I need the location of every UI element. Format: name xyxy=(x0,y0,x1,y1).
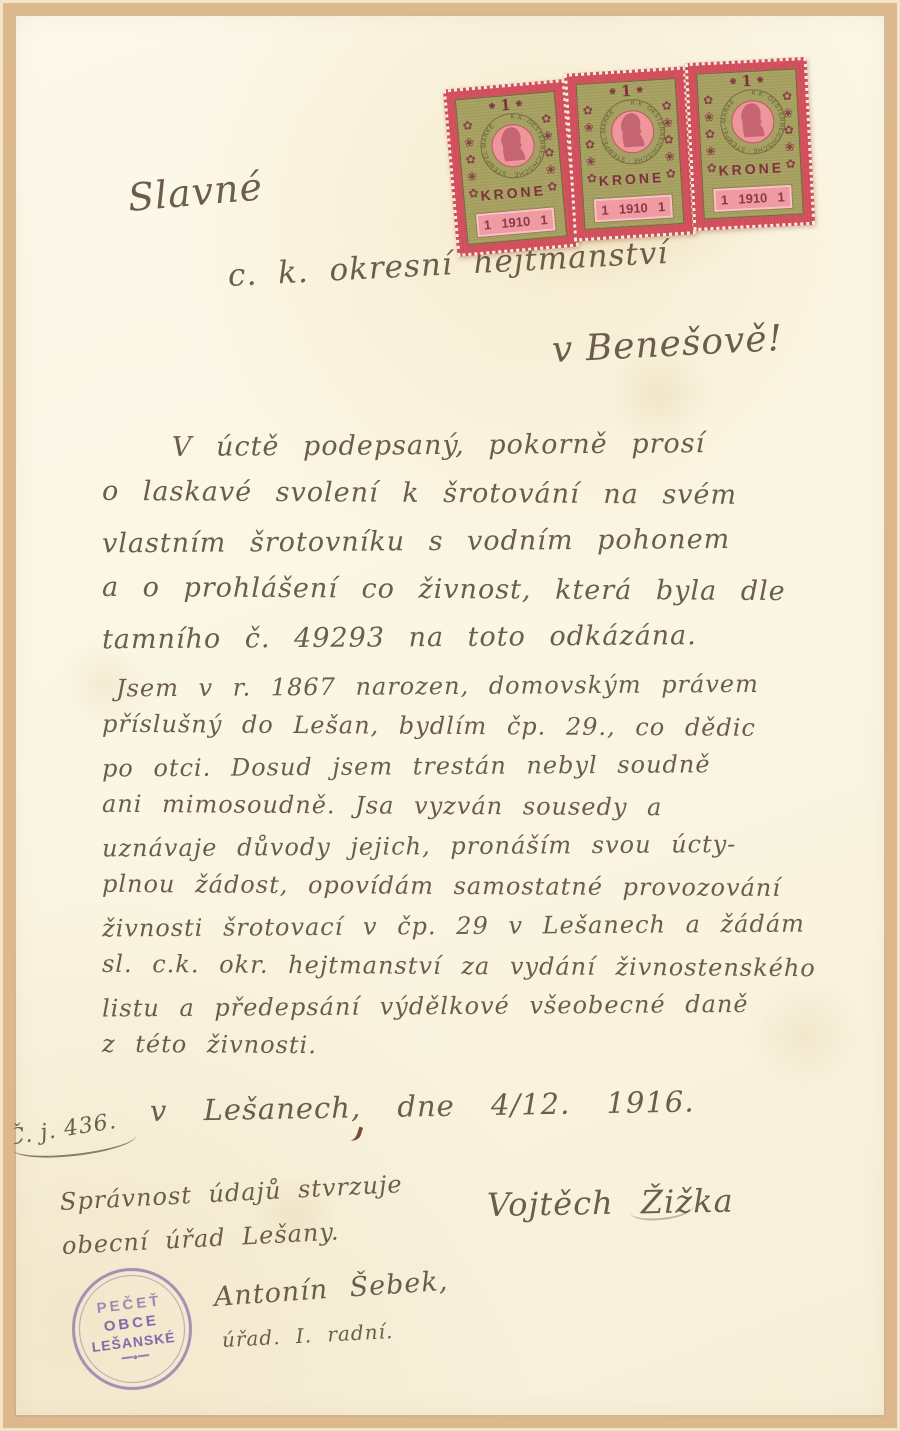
banner-value-right: 1 xyxy=(777,189,785,204)
letter-line: a o prohlášení co živnost, která byla dl… xyxy=(102,564,786,616)
letter-line: ani mimosoudně. Jsa vyzván sousedy a xyxy=(102,784,816,828)
banner-value-left: 1 xyxy=(721,192,729,207)
rosette-icon: ❀ xyxy=(729,76,736,86)
revenue-stamp: ❀1❀ ✿❀✿❀✿ ✿❀✿❀✿ K·K· OESTERREICHISCHE · … xyxy=(685,57,816,231)
stamp-year-banner: 1 1910 1 xyxy=(593,193,674,223)
certification-line-1: Správnost údajů stvrzuje xyxy=(59,1170,403,1216)
revenue-stamp: ❀1❀ ✿❀✿❀✿ ✿❀✿❀✿ K·K· OESTERREICHISCHE · … xyxy=(443,79,579,257)
banner-value-right: 1 xyxy=(540,212,549,228)
stamp-year-banner: 1 1910 1 xyxy=(475,206,557,238)
garland-ornament-icon: ✿❀✿❀✿ xyxy=(700,92,720,198)
certification-line-2: obecní úřad Lešany. xyxy=(61,1217,340,1259)
letter-line: plnou žádost, opovídám samostatné provoz… xyxy=(102,864,816,908)
letter-line: tamního č. 49293 na toto odkázána. xyxy=(102,612,786,665)
municipal-seal: PEČEŤ OBCE LEŠANSKÉ ━━●━━ xyxy=(65,1261,199,1397)
salutation: Slavné xyxy=(126,164,265,220)
seal-line-1: PEČEŤ xyxy=(96,1292,163,1317)
rosette-icon: ❀ xyxy=(488,100,496,111)
letter-line: o laskavé svolení k šrotování na svém xyxy=(102,468,786,520)
place-line: v Benešově! xyxy=(551,318,784,371)
emperor-medallion: K·K· OESTERREICHISCHE · STEMPEL-MARKE xyxy=(598,97,668,167)
letter-line: živnosti šrotovací v čp. 29 v Lešanech a… xyxy=(102,904,816,949)
banner-year: 1910 xyxy=(738,190,768,206)
official-signature: Antonín Šebek, xyxy=(213,1266,449,1313)
letter-line: sl. c.k. okr. hejtmanství za vydání živn… xyxy=(102,944,816,988)
banner-year: 1910 xyxy=(618,200,648,217)
letter-line: uznávaje důvody jejich, pronáším svou úc… xyxy=(102,824,816,869)
rosette-icon: ❀ xyxy=(609,86,616,96)
letter-line: z této živnosti. xyxy=(102,1024,816,1068)
letter-line: příslušný do Lešan, bydlím čp. 29., co d… xyxy=(102,704,816,748)
letter-line: vlastním šrotovníku s vodním pohonem xyxy=(102,516,786,569)
emperor-medallion: K·K· OESTERREICHISCHE · STEMPEL-MARKE xyxy=(718,87,787,156)
letter-line: Jsem v r. 1867 narozen, domovským právem xyxy=(102,664,816,709)
stamp-year-banner: 1 1910 1 xyxy=(712,184,793,213)
addressee-line: c. k. okresní hejtmanství xyxy=(227,235,669,294)
stamp-panel: ❀1❀ ✿❀✿❀✿ ✿❀✿❀✿ K·K· OESTERREICHISCHE · … xyxy=(455,91,567,245)
banner-value-right: 1 xyxy=(658,199,666,214)
letter-line: po otci. Dosud jsem trestán nebyl soudně xyxy=(102,744,816,789)
dateline: v Lešanech, dne 4/12. 1916. xyxy=(150,1084,695,1127)
emperor-medallion: K·K· OESTERREICHISCHE · STEMPEL-MARKE xyxy=(477,110,549,182)
rosette-icon: ❀ xyxy=(757,74,764,84)
scanned-letter-page: ❀1❀ ✿❀✿❀✿ ✿❀✿❀✿ K·K· OESTERREICHISCHE · … xyxy=(0,0,900,1431)
seal-ornament-icon: ━━●━━ xyxy=(121,1350,149,1364)
ink-blot xyxy=(350,1125,364,1143)
letter-line: listu a předepsání výdělkové všeobecné d… xyxy=(102,984,816,1029)
letter-line: V úctě podepsaný, pokorně prosí xyxy=(102,420,786,473)
rosette-icon: ❀ xyxy=(636,84,643,94)
paragraph-personal: Jsem v r. 1867 narozen, domovským právem… xyxy=(102,666,816,1066)
banner-value-left: 1 xyxy=(483,217,492,233)
rosette-icon: ❀ xyxy=(515,98,523,109)
stamp-panel: ❀1❀ ✿❀✿❀✿ ✿❀✿❀✿ K·K· OESTERREICHISCHE · … xyxy=(696,68,804,219)
paragraph-request: V úctě podepsaný, pokorně prosí o laskav… xyxy=(102,422,786,662)
banner-value-left: 1 xyxy=(601,202,609,217)
stamp-panel: ❀1❀ ✿❀✿❀✿ ✿❀✿❀✿ K·K· OESTERREICHISCHE · … xyxy=(576,78,685,230)
official-title: úřad. I. radní. xyxy=(221,1319,393,1352)
revenue-stamp: ❀1❀ ✿❀✿❀✿ ✿❀✿❀✿ K·K· OESTERREICHISCHE · … xyxy=(564,66,696,241)
banner-year: 1910 xyxy=(501,214,531,231)
margin-file-number: Č. j. 436. xyxy=(6,1109,118,1151)
applicant-signature: Vojtěch Žižka xyxy=(487,1182,734,1224)
